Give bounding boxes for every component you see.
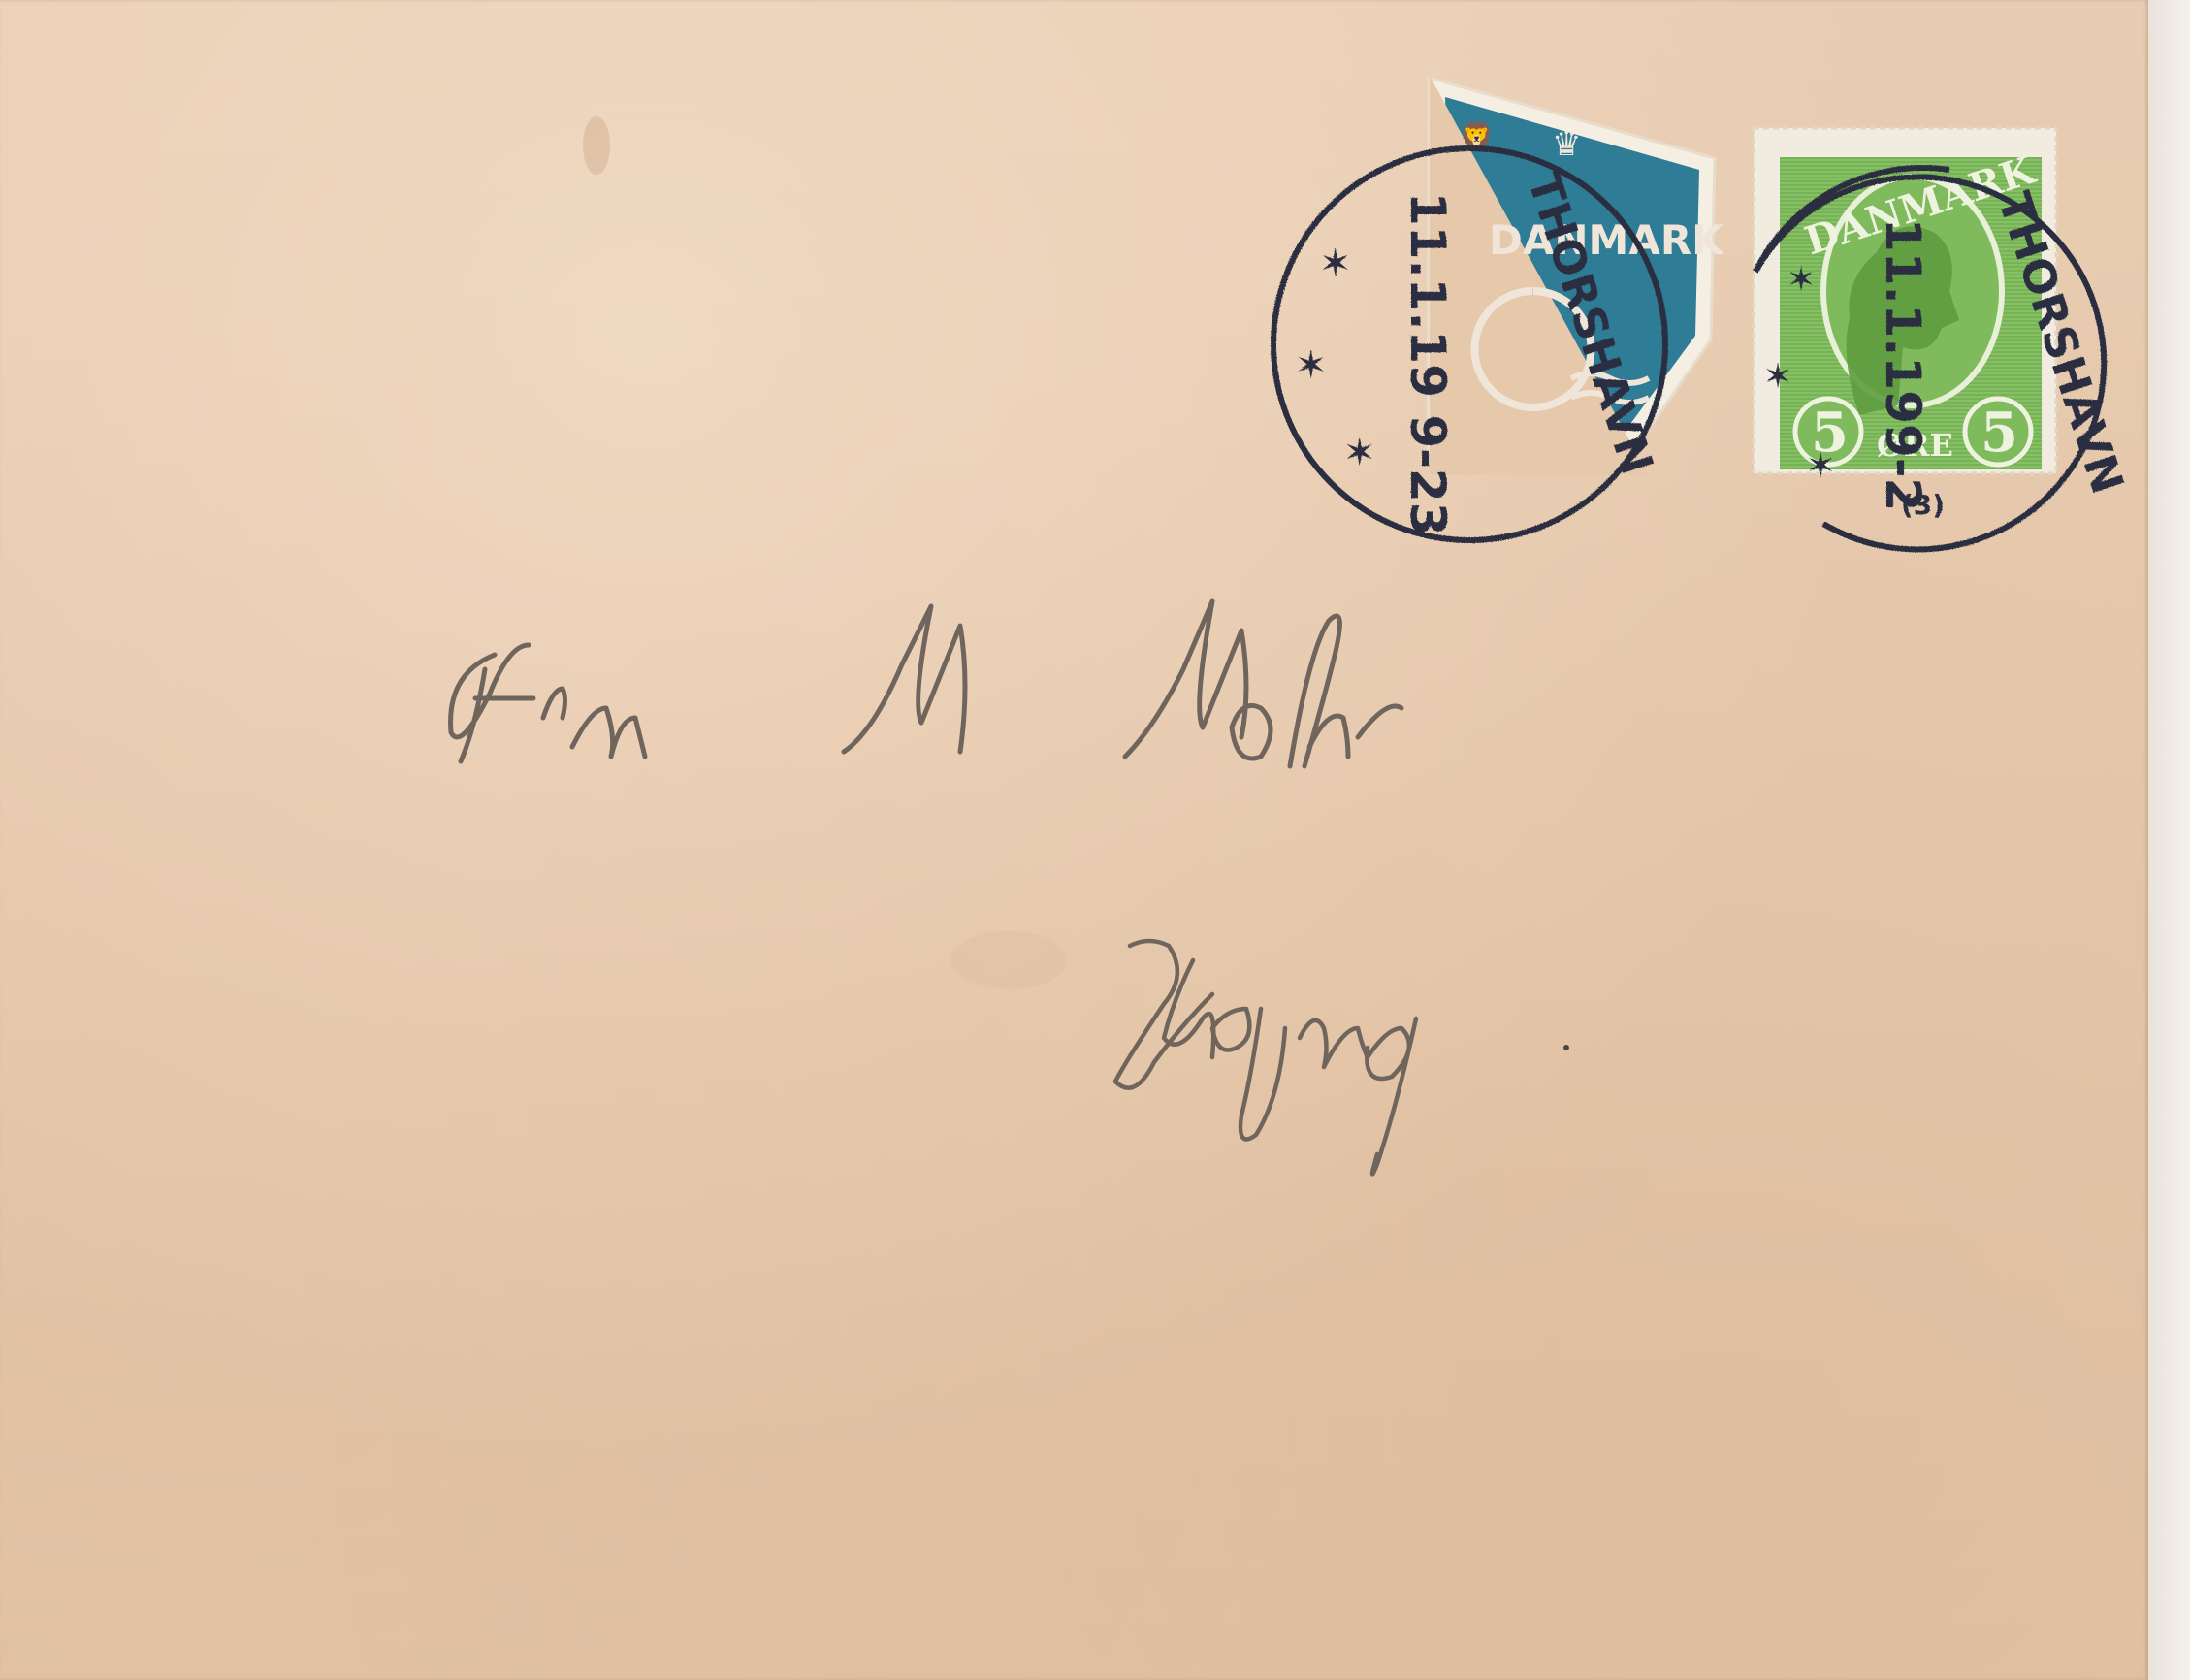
star-icon: ✶ xyxy=(1806,446,1835,486)
star-icon: ✶ xyxy=(1343,431,1376,475)
address-handwriting: Fru M Mohr Højvig. xyxy=(439,601,1569,1174)
paper-stains xyxy=(583,116,1067,989)
star-icon: ✶ xyxy=(1763,357,1792,397)
star-icon: ✶ xyxy=(1295,343,1328,388)
envelope-artwork: DANMARK ♛ 🦁 DANMARK 5 5 ØRE 11.1.19 9-23… xyxy=(0,0,2190,1680)
postmark-left-date: 11.1.19 9-23 xyxy=(1400,192,1456,536)
stamp-blue-country: DANMARK xyxy=(1489,216,1724,264)
star-icon: ✶ xyxy=(1787,260,1816,300)
postmark-right-code: (3) xyxy=(1901,489,1945,521)
postmark-right-date: 11.1.199-2 xyxy=(1875,218,1931,511)
stamp-value-right: 5 xyxy=(1981,401,2018,465)
crown-icon: ♛ xyxy=(1552,125,1581,164)
star-icon: ✶ xyxy=(1319,242,1352,286)
